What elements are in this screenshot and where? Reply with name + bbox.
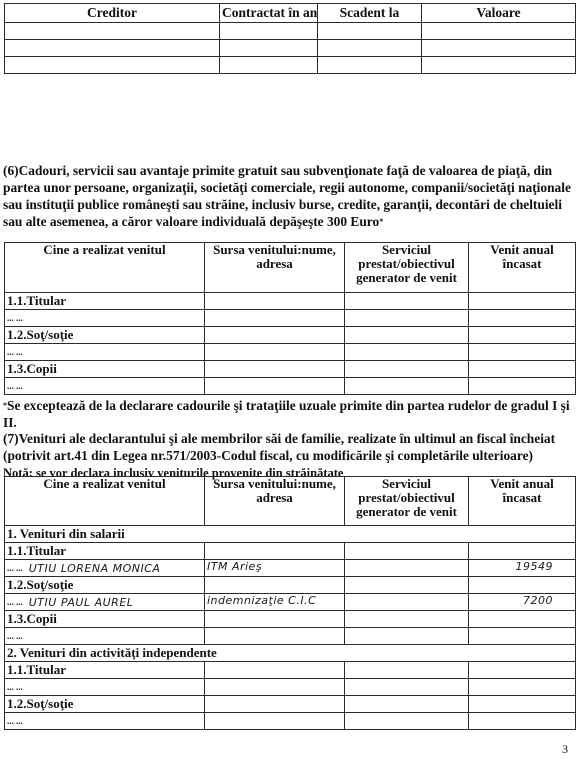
source-cell: [205, 696, 345, 713]
income-cell: [469, 293, 576, 310]
service-cell: [345, 378, 469, 395]
person-cell: ... ...: [5, 378, 205, 395]
source-cell: [205, 543, 345, 560]
row-label: 1.1.Titular: [7, 293, 66, 308]
category-label: 1.2.Soţ/soţie: [5, 327, 205, 344]
income-cell: 7200: [469, 594, 576, 611]
source-cell: [205, 361, 345, 378]
service-cell: [345, 662, 469, 679]
cell: [5, 40, 220, 57]
person-cell: ... ...UTIU LORENA MONICA: [5, 560, 205, 577]
section7-heading-line2: (potrivit art.41 din Legea nr.571/2003-C…: [3, 448, 533, 463]
service-cell: [345, 344, 469, 361]
service-cell: [345, 611, 469, 628]
section-row: 1. Venituri din salarii: [5, 526, 576, 543]
cell: [318, 23, 422, 40]
section7-heading: (7)Venituri ale declarantului şi ale mem…: [3, 430, 579, 482]
table-row: 1.3.Copii: [5, 611, 576, 628]
service-cell: [345, 310, 469, 327]
cell: [5, 23, 220, 40]
placeholder-dots: ... ...: [7, 716, 23, 726]
category-label: 1.1.Titular: [5, 543, 205, 560]
cell: [220, 57, 318, 74]
header-creditor: Creditor: [5, 4, 220, 23]
section6-footnote: *Se exceptează de la declarare cadourile…: [3, 397, 579, 431]
source-cell: [205, 662, 345, 679]
placeholder-dots: ... ...: [7, 313, 23, 323]
source-cell: [205, 713, 345, 730]
row-label: 1.1.Titular: [7, 543, 66, 558]
table-row: 1.1.Titular: [5, 662, 576, 679]
income-table: Cine a realizat venitul Sursa venitului:…: [4, 476, 576, 730]
source-cell: [205, 293, 345, 310]
row-label: 1.3.Copii: [7, 361, 57, 376]
cell: [422, 23, 576, 40]
handwritten-name: UTIU LORENA MONICA: [29, 562, 161, 575]
header-annual-income: Venit anual încasat: [469, 243, 576, 293]
service-cell: [345, 679, 469, 696]
cell: [422, 57, 576, 74]
placeholder-dots: ... ...: [7, 682, 23, 692]
table-row: 1.3.Copii: [5, 361, 576, 378]
table-row: [5, 57, 576, 74]
income-cell: [469, 679, 576, 696]
footnote-marker: *: [379, 217, 383, 226]
placeholder-dots: ... ...: [7, 597, 23, 607]
category-label: 1.2.Soţ/soţie: [5, 577, 205, 594]
table-row: ... ...UTIU PAUL AURELindemnizaţie C.I.C…: [5, 594, 576, 611]
table-row: 1.1.Titular: [5, 543, 576, 560]
section6-heading: (6)Cadouri, servicii sau avantaje primit…: [3, 162, 579, 230]
section-label: 2. Venituri din activităţi independente: [5, 645, 576, 662]
table-row: 1.1.Titular: [5, 293, 576, 310]
service-cell: [345, 361, 469, 378]
source-cell: [205, 327, 345, 344]
table-row: 1.2.Soţ/soţie: [5, 577, 576, 594]
source-cell: [205, 611, 345, 628]
person-cell: ... ...: [5, 344, 205, 361]
income-cell: 19549: [469, 560, 576, 577]
row-label: 1.3.Copii: [7, 611, 57, 626]
placeholder-dots: ... ...: [7, 347, 23, 357]
service-cell: [345, 713, 469, 730]
service-cell: [345, 543, 469, 560]
source-cell: [205, 344, 345, 361]
cell: [422, 40, 576, 57]
header-source: Sursa venitului:nume, adresa: [205, 243, 345, 293]
header-service: Serviciul prestat/obiectivul generator d…: [345, 243, 469, 293]
table-row: 1.2.Soţ/soţie: [5, 327, 576, 344]
row-label: 1.2.Soţ/soţie: [7, 327, 73, 342]
service-cell: [345, 594, 469, 611]
service-cell: [345, 327, 469, 344]
income-cell: [469, 611, 576, 628]
section7-heading-line1: (7)Venituri ale declarantului şi ale mem…: [3, 431, 555, 446]
header-annual-income: Venit anual încasat: [469, 477, 576, 526]
person-cell: ... ...: [5, 310, 205, 327]
table-row: [5, 23, 576, 40]
handwritten-name: UTIU PAUL AUREL: [29, 596, 134, 609]
section6-heading-text: (6)Cadouri, servicii sau avantaje primit…: [3, 163, 571, 229]
source-cell: [205, 577, 345, 594]
table-row: ... ...: [5, 310, 576, 327]
table-row: ... ...: [5, 344, 576, 361]
source-cell: [205, 310, 345, 327]
income-cell: [469, 696, 576, 713]
gifts-table: Cine a realizat venitul Sursa venitului:…: [4, 242, 576, 395]
person-cell: ... ...: [5, 713, 205, 730]
footnote-text: Se exceptează de la declarare cadourile …: [3, 398, 570, 430]
placeholder-dots: ... ...: [7, 563, 23, 573]
category-label: 1.2.Soţ/soţie: [5, 696, 205, 713]
row-label: 1.2.Soţ/soţie: [7, 577, 73, 592]
creditor-table: Creditor Contractat în anul Scadent la V…: [4, 3, 576, 74]
income-cell: [469, 310, 576, 327]
person-cell: ... ...: [5, 679, 205, 696]
table-row: ... ...: [5, 378, 576, 395]
section-row: 2. Venituri din activităţi independente: [5, 645, 576, 662]
income-cell: [469, 327, 576, 344]
person-cell: ... ...UTIU PAUL AUREL: [5, 594, 205, 611]
table-row: ... ...: [5, 628, 576, 645]
category-label: 1.3.Copii: [5, 611, 205, 628]
table-row: [5, 40, 576, 57]
header-who: Cine a realizat venitul: [5, 243, 205, 293]
income-cell: [469, 543, 576, 560]
cell: [5, 57, 220, 74]
source-cell: [205, 628, 345, 645]
income-cell: [469, 361, 576, 378]
source-cell: indemnizaţie C.I.C: [205, 594, 345, 611]
source-cell: [205, 378, 345, 395]
service-cell: [345, 293, 469, 310]
header-value: Valoare: [422, 4, 576, 23]
placeholder-dots: ... ...: [7, 631, 23, 641]
cell: [220, 40, 318, 57]
income-cell: [469, 344, 576, 361]
header-due-date: Scadent la: [318, 4, 422, 23]
service-cell: [345, 696, 469, 713]
table-row: ... ...: [5, 679, 576, 696]
category-label: 1.1.Titular: [5, 662, 205, 679]
person-cell: ... ...: [5, 628, 205, 645]
income-cell: [469, 628, 576, 645]
table-row: ... ...: [5, 713, 576, 730]
section-label: 1. Venituri din salarii: [5, 526, 576, 543]
header-source: Sursa venitului:nume, adresa: [205, 477, 345, 526]
income-cell: [469, 378, 576, 395]
header-service: Serviciul prestat/obiectivul generator d…: [345, 477, 469, 526]
table-row: ... ...UTIU LORENA MONICAITM Arieş19549: [5, 560, 576, 577]
category-label: 1.1.Titular: [5, 293, 205, 310]
cell: [220, 23, 318, 40]
table-row: 1.2.Soţ/soţie: [5, 696, 576, 713]
income-cell: [469, 577, 576, 594]
row-label: 1.2.Soţ/soţie: [7, 696, 73, 711]
source-cell: [205, 679, 345, 696]
service-cell: [345, 560, 469, 577]
cell: [318, 40, 422, 57]
placeholder-dots: ... ...: [7, 381, 23, 391]
income-cell: [469, 662, 576, 679]
service-cell: [345, 577, 469, 594]
category-label: 1.3.Copii: [5, 361, 205, 378]
page-number: 3: [562, 742, 568, 757]
header-contracted-year: Contractat în anul: [220, 4, 318, 23]
source-cell: ITM Arieş: [205, 560, 345, 577]
header-who: Cine a realizat venitul: [5, 477, 205, 526]
row-label: 1.1.Titular: [7, 662, 66, 677]
income-cell: [469, 713, 576, 730]
service-cell: [345, 628, 469, 645]
cell: [318, 57, 422, 74]
